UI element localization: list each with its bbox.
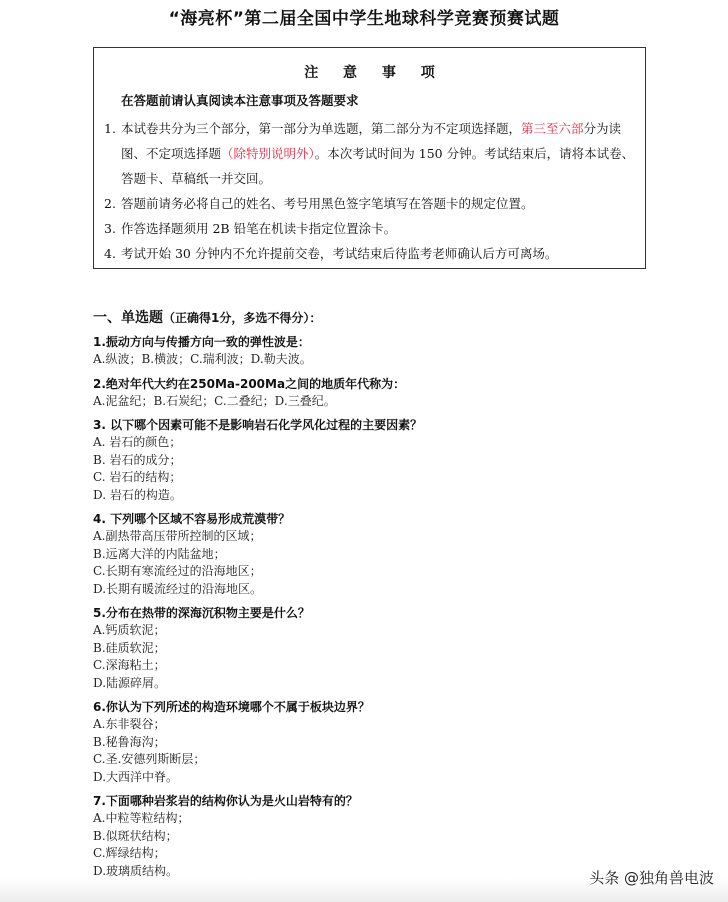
notice-text: 本试卷共分为三个部分，第一部分为单选题，第二部分为不定项选择题，第三至六部分为读… xyxy=(121,116,639,191)
option-d: D.陆源碎屑。 xyxy=(93,675,653,693)
notice-item-2: 2. 答题前请务必将自己的姓名、考号用黑色签字笔填写在答题卡的规定位置。 xyxy=(104,191,639,216)
notice-text: 答题前请务必将自己的姓名、考号用黑色签字笔填写在答题卡的规定位置。 xyxy=(121,191,639,216)
option-c: C.深海粘土； xyxy=(93,657,653,675)
document-title: “海亮杯”第二届全国中学生地球科学竞赛预赛试题 xyxy=(0,4,728,29)
question-title: 4. 下列哪个区域不容易形成荒漠带？ xyxy=(93,510,653,528)
option-c: C. 岩石的结构； xyxy=(93,469,653,487)
option-b: B. 岩石的成分； xyxy=(93,452,653,470)
option-c: C.圣.安德列斯断层； xyxy=(93,751,653,769)
question-6: 6.你认为下列所述的构造环境哪个不属于板块边界？ A.东非裂谷； B.秘鲁海沟；… xyxy=(93,698,653,786)
notice-text: 作答选择题须用 2B 铅笔在机读卡指定位置涂卡。 xyxy=(121,216,639,241)
notice-item-1: 1. 本试卷共分为三个部分，第一部分为单选题，第二部分为不定项选择题，第三至六部… xyxy=(104,116,639,191)
question-4: 4. 下列哪个区域不容易形成荒漠带？ A.副热带高压带所控制的区域； B.远离大… xyxy=(93,510,653,598)
question-5: 5.分布在热带的深海沉积物主要是什么？ A.钙质软泥； B.硅质软泥； C.深海… xyxy=(93,604,653,692)
question-title: 3. 以下哪个因素可能不是影响岩石化学风化过程的主要因素？ xyxy=(93,416,653,434)
option-c: C.长期有寒流经过的沿海地区； xyxy=(93,563,653,581)
section-note: （正确得1分，多选不得分）： xyxy=(163,311,321,325)
option-d: D.长期有暖流经过的沿海地区。 xyxy=(93,581,653,599)
notice-num: 4. xyxy=(104,241,121,266)
option-d: D.大西洋中脊。 xyxy=(93,769,653,787)
notice-text: 考试开始 30 分钟内不允许提前交卷，考试结束后待监考老师确认后方可离场。 xyxy=(121,241,639,266)
notice-num: 3. xyxy=(104,216,121,241)
option-d: D. 岩石的构造。 xyxy=(93,487,653,505)
notice-highlight: （除特别说明外） xyxy=(221,146,315,161)
question-list: 1.振动方向与传播方向一致的弹性波是： A.纵波；B.横波；C.瑞利波；D.勒夫… xyxy=(93,333,653,886)
question-title: 2.绝对年代大约在250Ma-200Ma之间的地质年代称为： xyxy=(93,375,653,393)
section-title: 一、单选题 xyxy=(93,310,163,326)
notice-subheading: 在答题前请认真阅读本注意事项及答题要求 xyxy=(121,91,359,109)
option-b: B.硅质软泥； xyxy=(93,640,653,658)
option-b: B.似斑状结构； xyxy=(93,828,653,846)
option-a: A.副热带高压带所控制的区域； xyxy=(93,528,653,546)
question-options: A.泥盆纪；B.石炭纪；C.二叠纪；D.三叠纪。 xyxy=(93,393,653,411)
question-7: 7.下面哪种岩浆岩的结构你认为是火山岩特有的？ A.中粒等粒结构； B.似斑状结… xyxy=(93,792,653,880)
question-title: 6.你认为下列所述的构造环境哪个不属于板块边界？ xyxy=(93,698,653,716)
notice-num: 2. xyxy=(104,191,121,216)
notice-heading: 注 意 事 项 xyxy=(94,62,645,82)
notice-item-4: 4. 考试开始 30 分钟内不允许提前交卷，考试结束后待监考老师确认后方可离场。 xyxy=(104,241,639,266)
section-heading: 一、单选题（正确得1分，多选不得分）： xyxy=(93,307,321,327)
question-1: 1.振动方向与传播方向一致的弹性波是： A.纵波；B.横波；C.瑞利波；D.勒夫… xyxy=(93,333,653,369)
option-b: B.远离大洋的内陆盆地； xyxy=(93,546,653,564)
question-3: 3. 以下哪个因素可能不是影响岩石化学风化过程的主要因素？ A. 岩石的颜色； … xyxy=(93,416,653,504)
question-options: A.纵波；B.横波；C.瑞利波；D.勒夫波。 xyxy=(93,351,653,369)
option-a: A.中粒等粒结构； xyxy=(93,810,653,828)
question-2: 2.绝对年代大约在250Ma-200Ma之间的地质年代称为： A.泥盆纪；B.石… xyxy=(93,375,653,411)
option-d: D.玻璃质结构。 xyxy=(93,863,653,881)
question-title: 7.下面哪种岩浆岩的结构你认为是火山岩特有的？ xyxy=(93,792,653,810)
question-title: 5.分布在热带的深海沉积物主要是什么？ xyxy=(93,604,653,622)
option-a: A. 岩石的颜色； xyxy=(93,434,653,452)
option-b: B.秘鲁海沟； xyxy=(93,734,653,752)
option-a: A.东非裂谷； xyxy=(93,716,653,734)
notice-num: 1. xyxy=(104,116,121,191)
notice-text-part: 本试卷共分为三个部分，第一部分为单选题，第二部分为不定项选择题， xyxy=(121,121,521,136)
option-c: C.辉绿结构； xyxy=(93,845,653,863)
notice-box: 注 意 事 项 在答题前请认真阅读本注意事项及答题要求 1. 本试卷共分为三个部… xyxy=(93,47,646,269)
notice-list: 1. 本试卷共分为三个部分，第一部分为单选题，第二部分为不定项选择题，第三至六部… xyxy=(104,116,639,266)
question-title: 1.振动方向与传播方向一致的弹性波是： xyxy=(93,333,653,351)
notice-item-3: 3. 作答选择题须用 2B 铅笔在机读卡指定位置涂卡。 xyxy=(104,216,639,241)
notice-highlight: 第三至六部 xyxy=(521,121,584,136)
option-a: A.钙质软泥； xyxy=(93,622,653,640)
watermark: 头条 @独角兽电波 xyxy=(589,867,714,888)
